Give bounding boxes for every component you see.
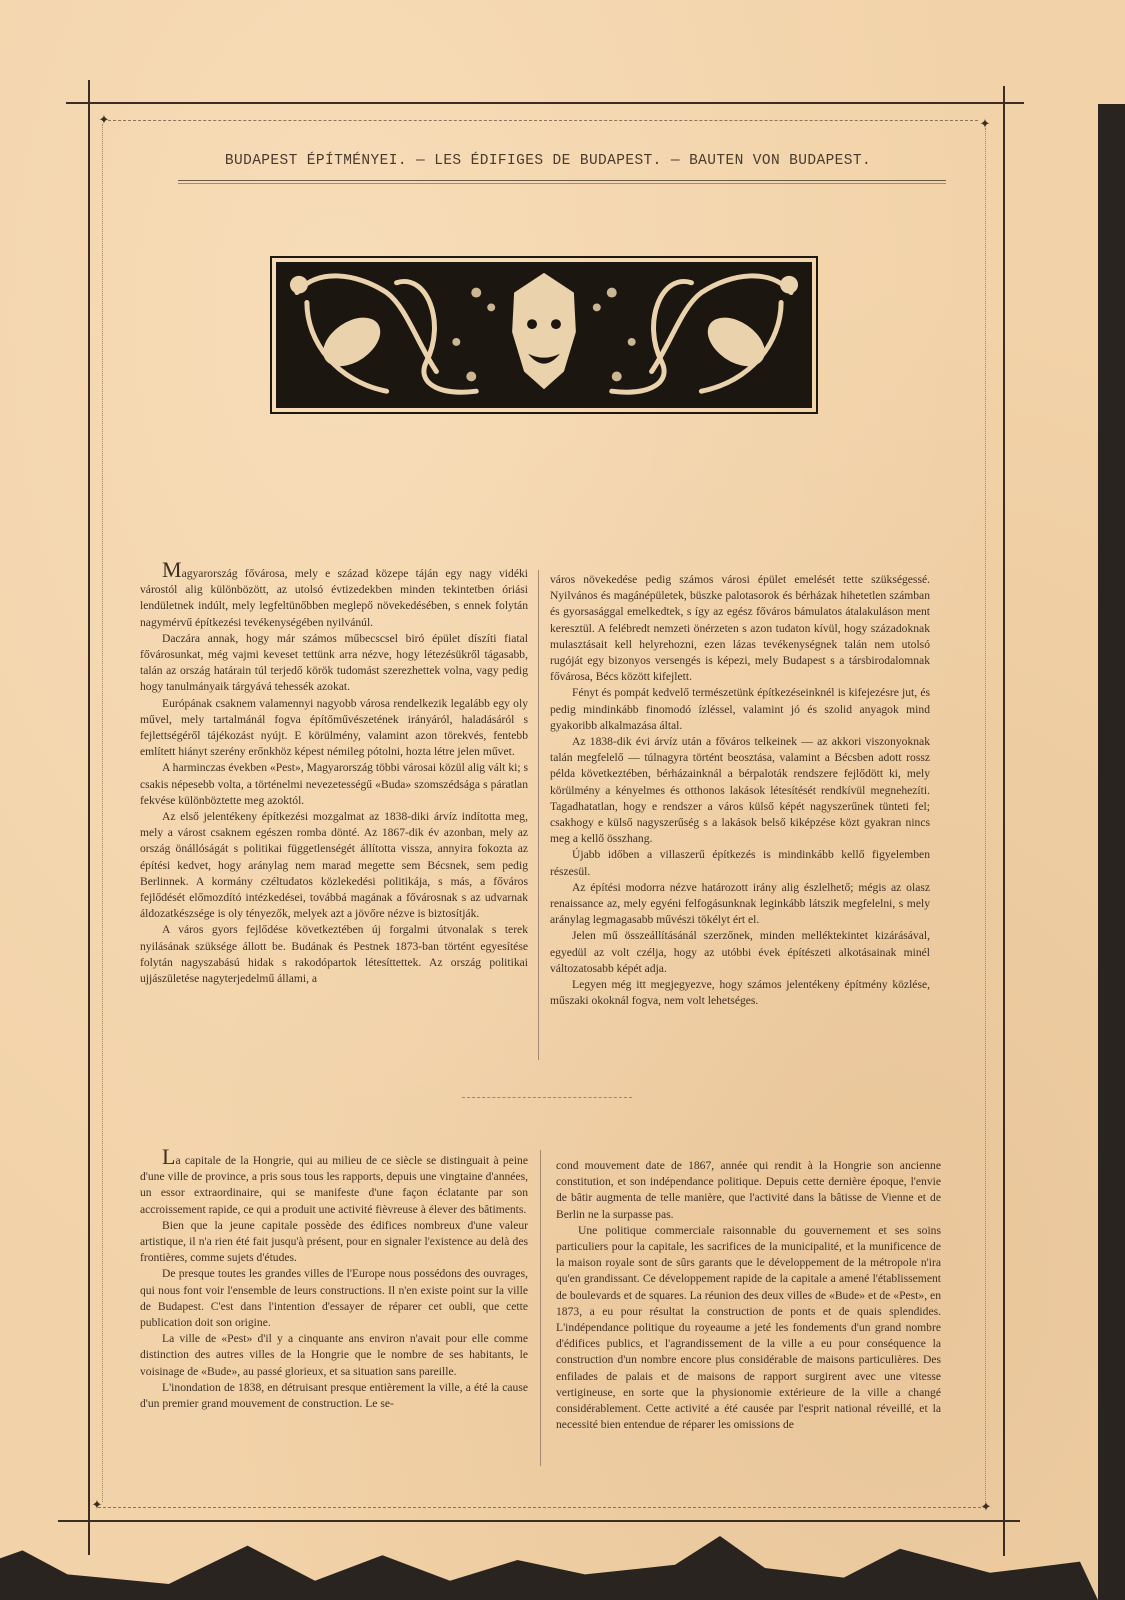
paragraph: Az építési modorra nézve határozott irán… [550, 880, 930, 929]
inner-frame-bottom [98, 1507, 986, 1508]
paragraph: Az 1838-dik évi árvíz után a főváros tel… [550, 734, 930, 847]
column-separator [540, 1150, 541, 1466]
paragraph: Európának csaknem valamennyi nagyobb vár… [140, 696, 528, 761]
frame-bottom-rule [58, 1520, 1020, 1522]
paragraph: Daczára annak, hogy már számos műbecscse… [140, 631, 528, 696]
drop-cap: M [162, 557, 182, 582]
paragraph: Az első jelentékeny építkezési mozgalmat… [140, 809, 528, 922]
column-separator [538, 570, 539, 1060]
grotesque-mask-scroll-icon [277, 263, 811, 407]
hungarian-text-right-column: város növekedése pedig számos városi épü… [550, 572, 930, 1009]
inner-frame-top [108, 120, 978, 121]
paragraph: De presque toutes les grandes villes de … [140, 1266, 528, 1331]
paragraph: Újabb időben a villaszerű építkezés is m… [550, 847, 930, 879]
french-text-right-column: cond mouvement date de 1867, année qui r… [556, 1158, 941, 1433]
paragraph: A város gyors fejlődése következtében új… [140, 922, 528, 987]
corner-ornament-icon: ✦ [97, 113, 111, 127]
inner-frame-right [985, 128, 986, 1502]
torn-edge [1118, 745, 1125, 785]
inner-frame-left [102, 124, 103, 1502]
corner-ornament-icon: ✦ [978, 117, 992, 131]
paragraph: város növekedése pedig számos városi épü… [550, 572, 930, 685]
paragraph: A harminczas években «Pest», Magyarorszá… [140, 760, 528, 809]
french-text-left-column: La capitale de la Hongrie, qui au milieu… [140, 1150, 528, 1412]
frame-top-rule [66, 102, 1024, 104]
torn-edge [1110, 1385, 1125, 1425]
paragraph: cond mouvement date de 1867, année qui r… [556, 1158, 941, 1223]
frame-left-rule [88, 80, 90, 1555]
section-divider [462, 1097, 632, 1098]
paragraph: Une politique commerciale raisonnable du… [556, 1223, 941, 1434]
paragraph: Bien que la jeune capitale possède des é… [140, 1218, 528, 1267]
paragraph: La ville de «Pest» d'il y a cinquante an… [140, 1331, 528, 1380]
paragraph: La capitale de la Hongrie, qui au milieu… [140, 1150, 528, 1218]
ornamental-headpiece [270, 256, 818, 414]
running-head-rule [178, 183, 946, 184]
torn-edge [1102, 632, 1125, 667]
frame-right-rule [1003, 86, 1005, 1556]
paragraph: Fényt és pompát kedvelő természetünk épí… [550, 685, 930, 734]
corner-ornament-icon: ✦ [90, 1498, 104, 1512]
paragraph: L'inondation de 1838, en détruisant pres… [140, 1380, 528, 1412]
corner-ornament-icon: ✦ [979, 1500, 993, 1514]
paragraph: Magyarország fővárosa, mely e század köz… [140, 563, 528, 631]
running-head: BUDAPEST ÉPÍTMÉNYEI. — LES ÉDIFIGES DE B… [178, 153, 918, 169]
paragraph: Legyen még itt megjegyezve, hogy számos … [550, 977, 930, 1009]
running-head-rule [178, 180, 946, 181]
paragraph: Jelen mű összeállításánál szerzőnek, min… [550, 928, 930, 977]
drop-cap: L [162, 1144, 175, 1169]
hungarian-text-left-column: Magyarország fővárosa, mely e század köz… [140, 563, 528, 987]
